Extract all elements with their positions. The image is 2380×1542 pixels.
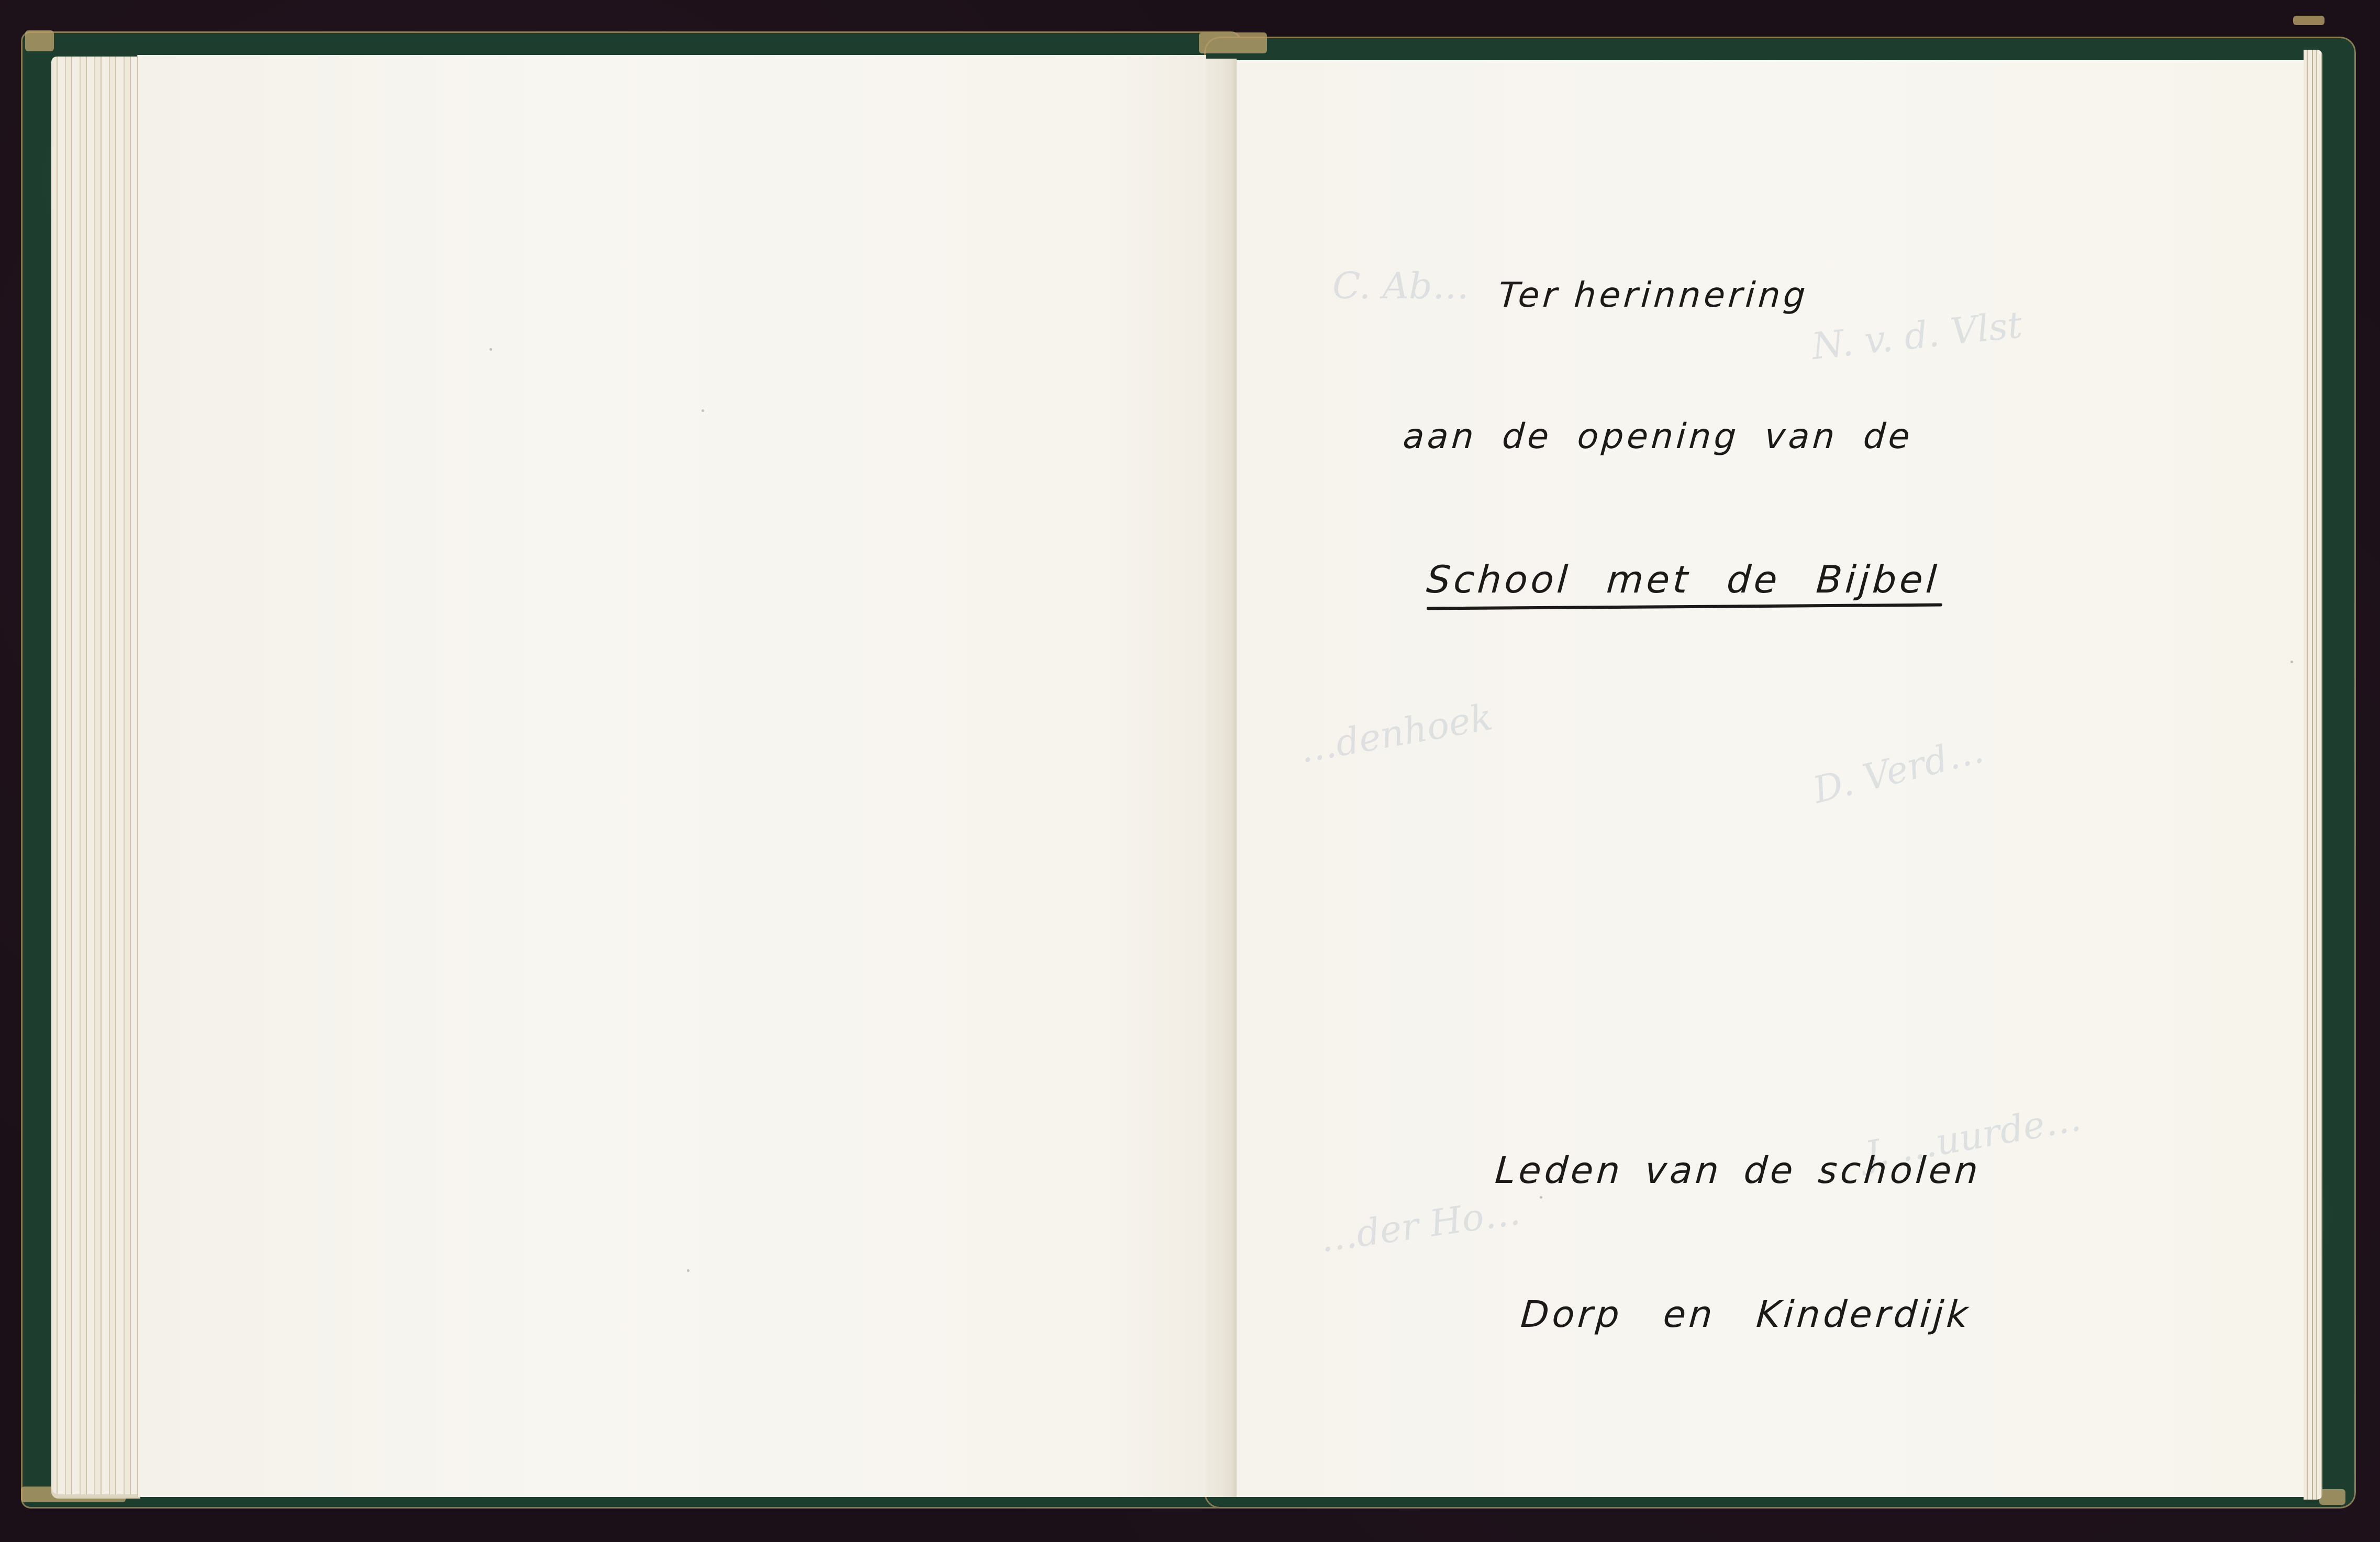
left-page-edges <box>51 57 140 1499</box>
dedication-line-2: aan de opening van de <box>1402 416 1914 456</box>
paper-speck <box>1540 1196 1542 1199</box>
paper-speck <box>702 409 704 412</box>
worn-corner-top-left <box>25 30 54 51</box>
faint-signature: C. Ab… <box>1332 264 1469 307</box>
worn-corner-top-right <box>2293 16 2325 25</box>
paper-speck <box>2290 661 2293 663</box>
worn-corner-bottom-right <box>2319 1489 2345 1505</box>
left-page <box>137 55 1206 1497</box>
paper-speck <box>490 348 492 351</box>
dedication-signature-line-2: Dorp en Kinderdijk <box>1519 1293 1972 1336</box>
worn-edge-top-center <box>1199 32 1267 53</box>
dedication-signature-line-1: Leden van de scholen <box>1494 1149 1983 1192</box>
right-page-edges <box>2304 50 2322 1500</box>
book-gutter <box>1205 59 1237 1497</box>
paper-speck <box>687 1269 689 1272</box>
dedication-line-1: Ter herinnering <box>1497 275 1810 315</box>
dedication-title: School met de Bijbel <box>1425 557 1941 601</box>
